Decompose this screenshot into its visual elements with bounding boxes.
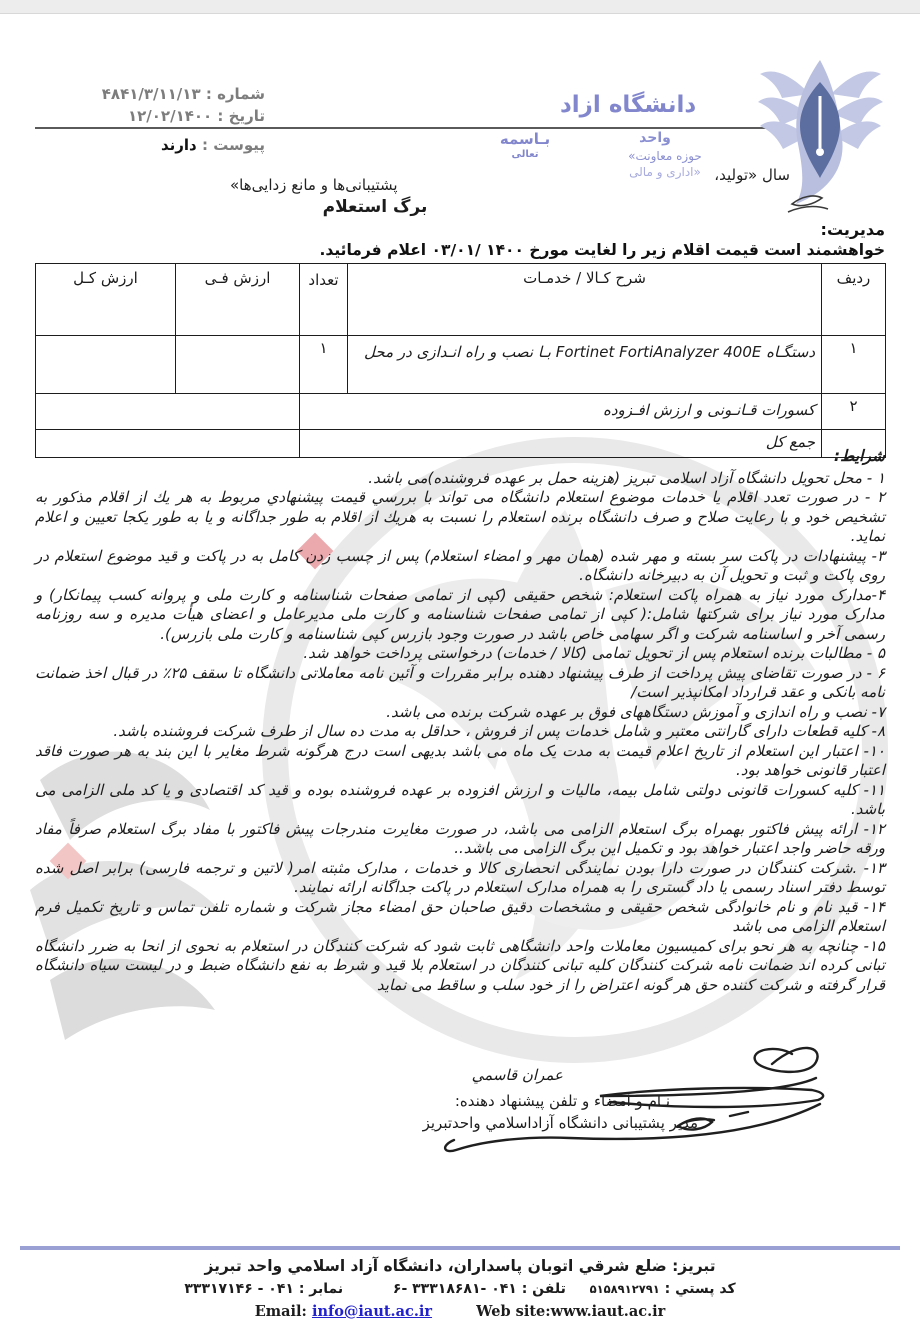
condition-item: ۵ - مطالبات برنده استعلام پس از تحویل تم… <box>35 644 885 664</box>
attachment-label: پیوست : <box>202 136 265 154</box>
col-header-description: شرح کـالا / خدمـات <box>348 264 822 336</box>
col-header-unit-price: ارزش فـی <box>176 264 300 336</box>
request-line: خواهشمند است قیمت اقلام زیر را لغایت مور… <box>35 241 885 259</box>
addressee-label: مدیریت: <box>821 220 885 239</box>
row1-total-price <box>36 336 176 394</box>
footer-divider <box>20 1246 900 1250</box>
inquiry-table: ردیف شرح کـالا / خدمـات تعداد ارزش فـی ا… <box>35 263 886 458</box>
doc-number-label: شماره : <box>206 85 265 103</box>
phone-value: ۰۴۱ -۳۳۳۱۸۶۸۱ -۶ <box>393 1281 517 1297</box>
doc-date-line: تاریخ : ۱۲/۰۲/۱۴۰۰ <box>40 107 265 125</box>
scan-edge-strip <box>0 0 920 14</box>
doc-number-value: ۴۸۴۱/۳/۱۱/۱۳ <box>102 85 201 103</box>
conditions-title: شرایط: <box>35 447 885 467</box>
footer-address: تبریز: ضلع شرقي اتوبان پاسداران، دانشگاه… <box>0 1257 920 1275</box>
col-header-row: ردیف <box>822 264 886 336</box>
org-dept-line1: «حوزه معاونت <box>560 149 770 163</box>
postal-code-label: کد پستي : <box>665 1281 736 1297</box>
form-title: برگ استعلام <box>270 197 480 217</box>
condition-item: ۳- پیشنهادات در پاکت سر بسته و مهر شده (… <box>35 547 885 586</box>
conditions-list: ۱ - محل تحویل دانشگاه آزاد اسلامی تبریز … <box>35 469 885 996</box>
condition-item: ۱۲- ارائه پیش فاکتور بهمراه برگ استعلام … <box>35 820 885 859</box>
postal-code-value: ۵۱۵۸۹۱۲۷۹۱ <box>590 1282 660 1296</box>
attachment-line: پیوست : دارند <box>40 136 265 154</box>
row2-description: کسورات قـانـونی و ارزش افـزوده <box>300 394 822 430</box>
condition-item: ۱۴- قید نام و نام خانوادگی شخص حقیقی و م… <box>35 898 885 937</box>
condition-item: ۴-مدارک مورد نیاز به همراه پاکت استعلام:… <box>35 586 885 645</box>
condition-item: ۸- کلیه قطعات دارای گارانتی معتبر و شامل… <box>35 722 885 742</box>
attachment-value: دارند <box>161 136 197 154</box>
condition-item: ۶ - در صورت تقاضای پیش پرداخت از طرف پیش… <box>35 664 885 703</box>
condition-item: ۱ - محل تحویل دانشگاه آزاد اسلامی تبریز … <box>35 469 885 489</box>
condition-item: ۷- نصب و راه اندازی و آموزش دستگاههای فو… <box>35 703 885 723</box>
footer-web-line: Email: info@iaut.ac.ir Web site:www.iaut… <box>0 1303 920 1320</box>
row1-description: دستگـاه Fortinet FortiAnalyzer 400E بـا … <box>348 336 822 394</box>
condition-item: ۲ - در صورت تعدد اقلام یا خدمات موضوع اس… <box>35 488 885 547</box>
doc-date-value: ۱۲/۰۲/۱۴۰۰ <box>128 107 212 125</box>
handwritten-signature <box>420 1038 850 1158</box>
col-header-total-price: ارزش کـل <box>36 264 176 336</box>
condition-item: ۱۳- .شرکت کنندگان در صورت دارا بودن نمای… <box>35 859 885 898</box>
website-label: Web site: <box>476 1303 550 1320</box>
condition-item: ۱۵- چنانچه به هر نحو برای کمیسیون معاملا… <box>35 937 885 996</box>
condition-item: ۱۰- اعتبار این استعلام از تاریخ اعلام قی… <box>35 742 885 781</box>
condition-item: ۱۱- کلیه کسورات قانونی دولتی شامل بیمه، … <box>35 781 885 820</box>
row1-number: ۱ <box>822 336 886 394</box>
col-header-quantity: تعداد <box>300 264 348 336</box>
row1-quantity: ۱ <box>300 336 348 394</box>
inquiry-document-page: شماره : ۴۸۴۱/۳/۱۱/۱۳ تاریخ : ۱۲/۰۲/۱۴۰۰ … <box>0 0 920 1340</box>
year-slogan-part1: سال «تولید، <box>714 166 790 184</box>
conditions-section: شرایط: ۱ - محل تحویل دانشگاه آزاد اسلامی… <box>35 447 885 995</box>
doc-date-label: تاریخ : <box>217 107 265 125</box>
year-slogan-part2: پشتیبانی‌ها و مانع زدایی‌ها» <box>230 176 398 194</box>
email-label: Email: <box>255 1303 307 1320</box>
fax-value: ۰۴۱ - ۳۳۳۱۷۱۴۶ <box>184 1281 294 1297</box>
table-row: ۱ دستگـاه Fortinet FortiAnalyzer 400E بـ… <box>36 336 886 394</box>
row2-merged-value <box>36 394 300 430</box>
org-unit: واحد <box>560 130 750 146</box>
org-name: دانشگاه ازاد <box>560 92 790 118</box>
email-link[interactable]: info@iaut.ac.ir <box>312 1303 432 1320</box>
website-value: www.iaut.ac.ir <box>551 1303 666 1320</box>
phone-label: تلفن : <box>522 1281 566 1297</box>
footer-contact-line: کد پستي : ۵۱۵۸۹۱۲۷۹۱ تلفن : ۰۴۱ -۳۳۳۱۸۶۸… <box>0 1281 920 1297</box>
row1-unit-price <box>176 336 300 394</box>
doc-number-line: شماره : ۴۸۴۱/۳/۱۱/۱۳ <box>40 85 265 103</box>
row2-number: ۲ <box>822 394 886 430</box>
table-row: ۲ کسورات قـانـونی و ارزش افـزوده <box>36 394 886 430</box>
fax-label: نمابر : <box>299 1281 343 1297</box>
